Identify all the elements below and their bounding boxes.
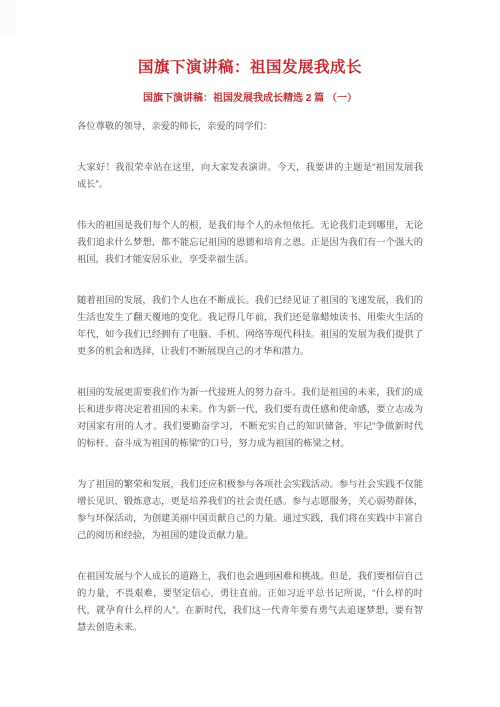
paragraph-motherland-root: 伟大的祖国是我们每个人的根，是我们每个人的永恒依托。无论我们走到哪里，无论我们追… [77,217,423,268]
page-subtitle: 国旗下演讲稿：祖国发展我成长精选 2 篇 （一） [77,92,423,106]
document-content: 国旗下演讲稿：祖国发展我成长 国旗下演讲稿：祖国发展我成长精选 2 篇 （一） … [77,0,423,636]
document-page: 国旗下演讲稿：祖国发展我成长 国旗下演讲稿：祖国发展我成长精选 2 篇 （一） … [0,0,500,707]
paragraph-new-generation: 祖国的发展更需要我们作为新一代接班人的努力奋斗。我们是祖国的未来，我们的成长和进… [77,384,423,452]
paragraph-social-practice: 为了祖国的繁荣和发展，我们还应积极参与各项社会实践活动。参与社会实践不仅能增长见… [77,476,423,544]
paragraph-development-growth: 随着祖国的发展，我们个人也在不断成长。我们已经见证了祖国的飞速发展，我们的生活也… [77,292,423,360]
paragraph-challenges: 在祖国发展与个人成长的道路上，我们也会遇到困难和挑战。但是，我们要相信自己的力量… [77,568,423,636]
scan-corner-artifact [0,0,16,34]
paragraph-greeting: 各位尊敬的领导，亲爱的师长，亲爱的同学们： [77,118,423,135]
page-title: 国旗下演讲稿：祖国发展我成长 [77,58,423,78]
paragraph-opening: 大家好！我很荣幸站在这里，向大家发表演讲。今天，我要讲的主题是“祖国发展我成长”… [77,159,423,193]
